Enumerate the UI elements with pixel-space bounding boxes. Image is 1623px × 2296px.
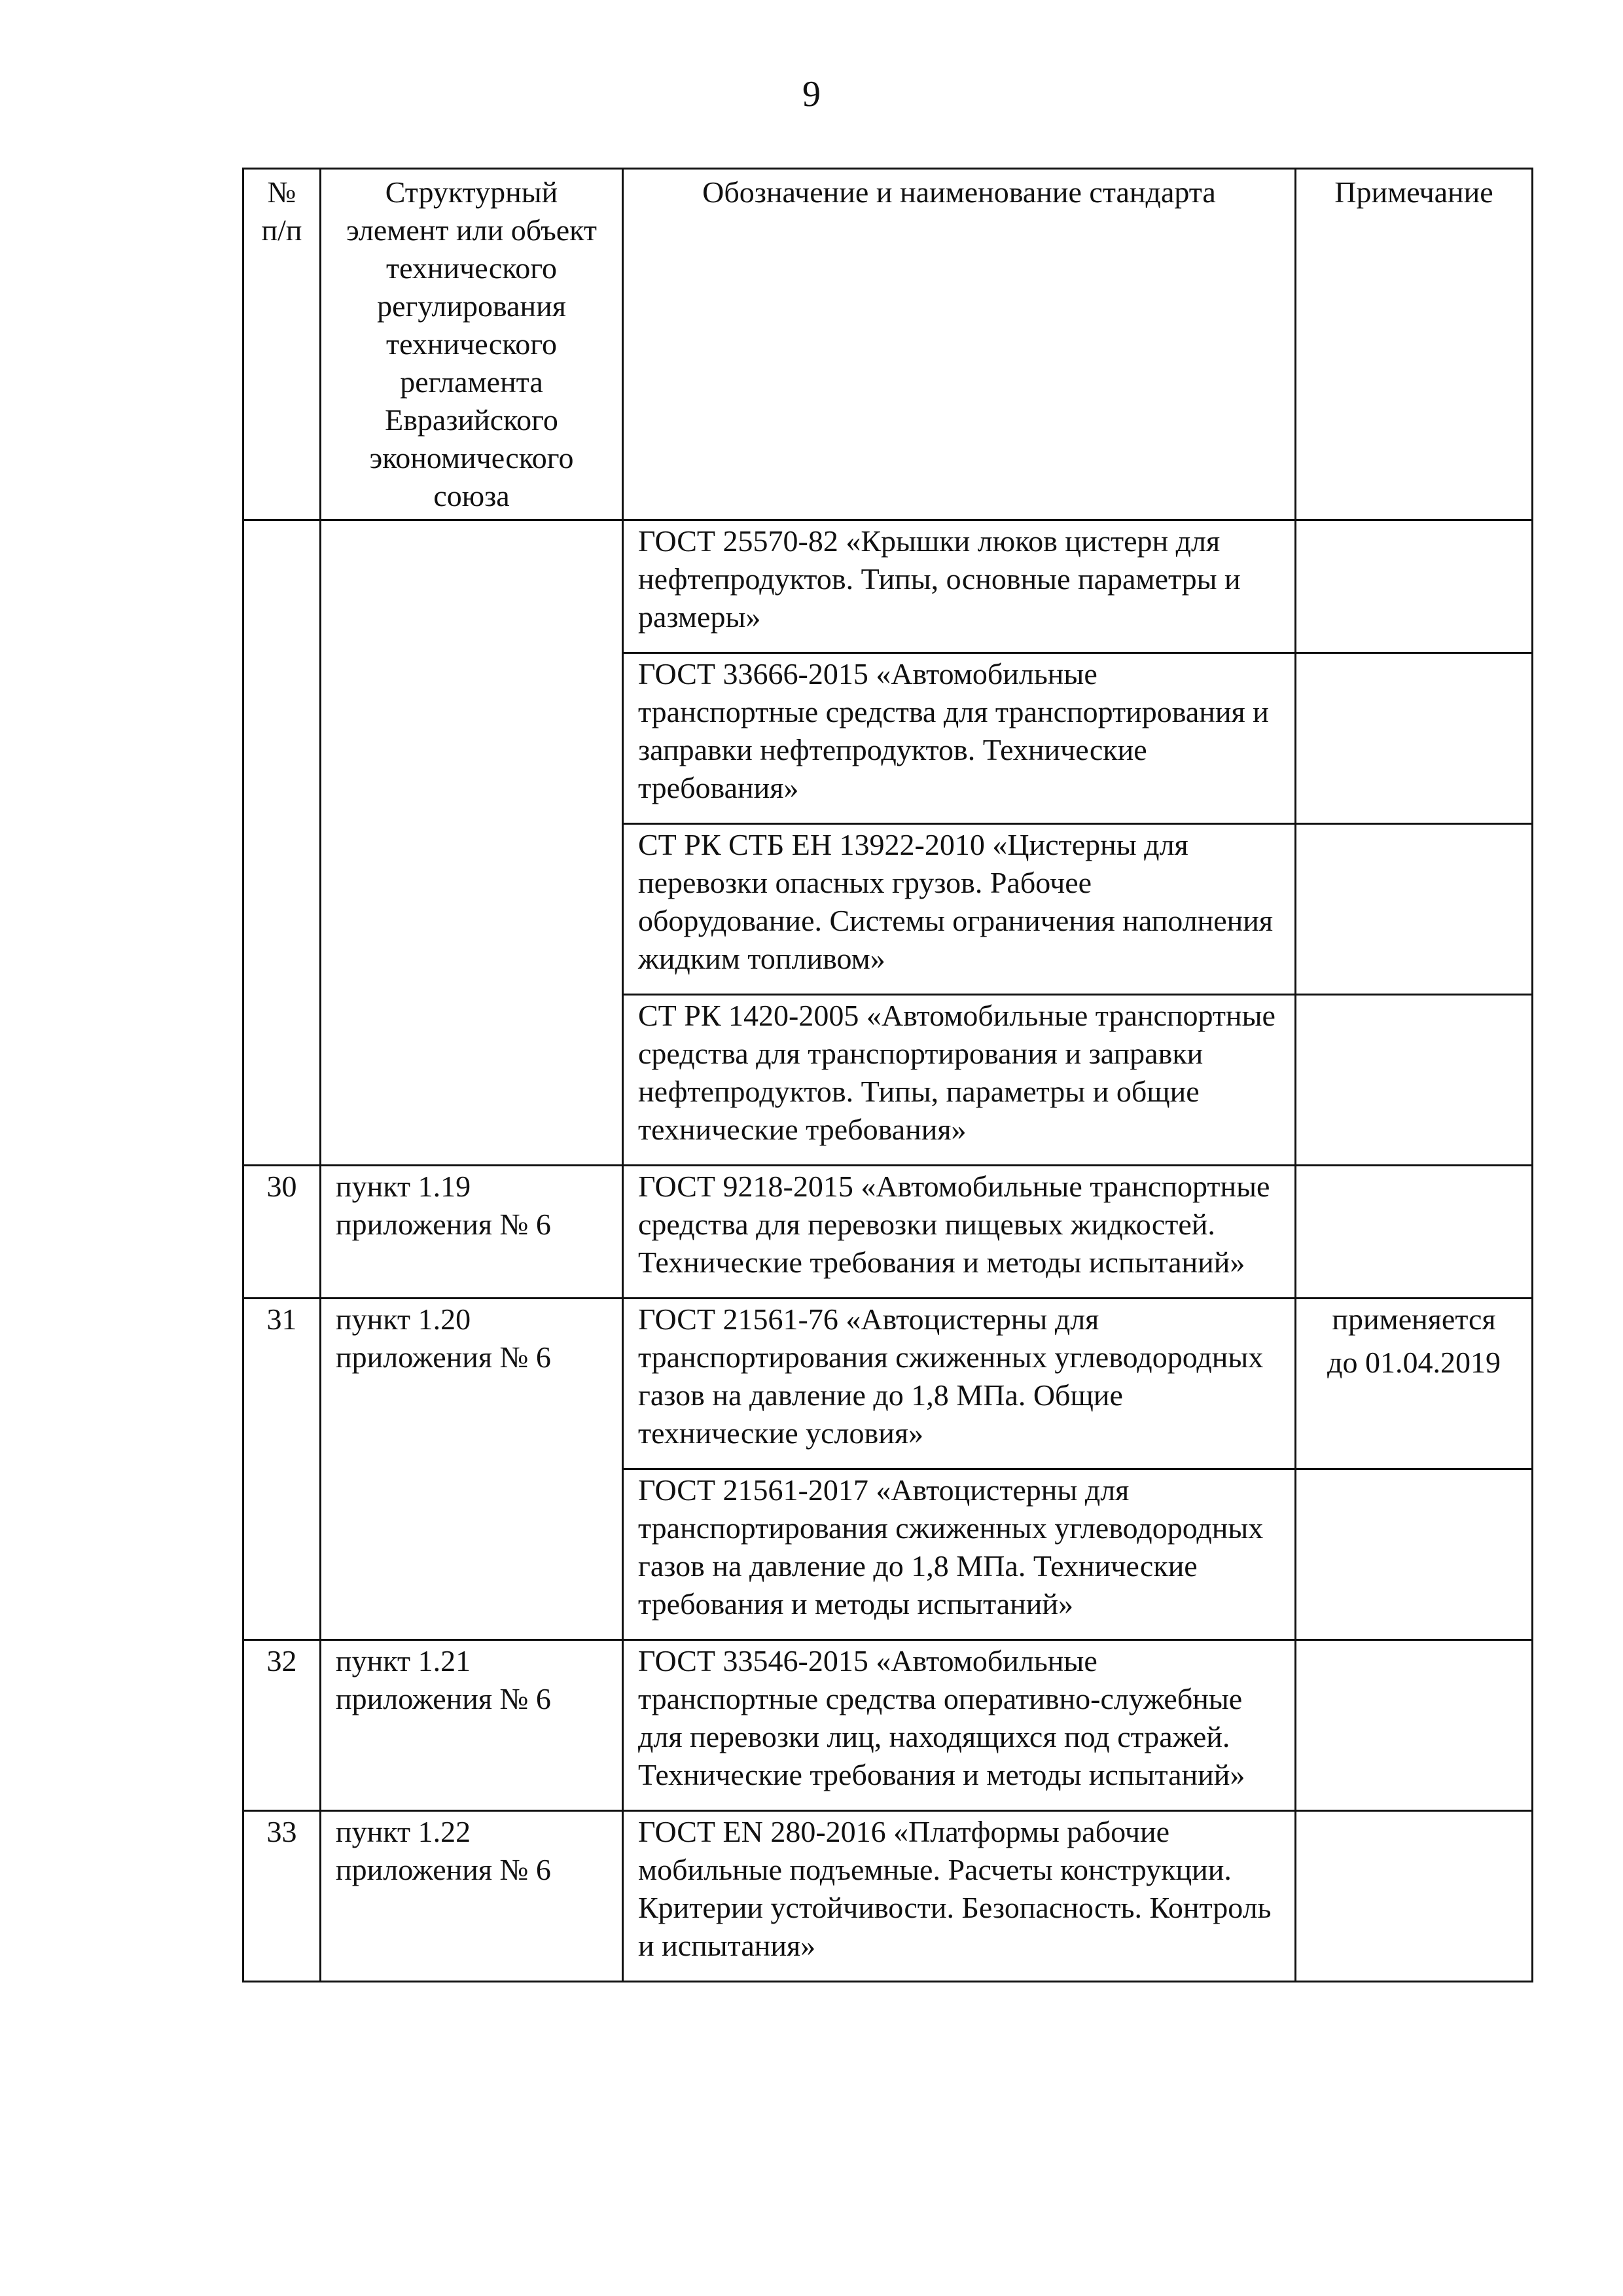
standard-cell: СТ РК 1420-2005 «Автомобильные транспорт… — [623, 995, 1296, 1166]
note-cell — [1296, 520, 1533, 653]
header-number: № п/п — [243, 169, 321, 520]
standard-cell: ГОСТ 33546-2015 «Автомобильные транспорт… — [623, 1640, 1296, 1811]
table-row: 33 пункт 1.22 приложения № 6 ГОСТ EN 280… — [243, 1811, 1533, 1982]
row-number: 31 — [243, 1299, 321, 1640]
table-row: 30 пункт 1.19 приложения № 6 ГОСТ 9218-2… — [243, 1166, 1533, 1299]
note-cell: применяется до 01.04.2019 — [1296, 1299, 1533, 1469]
row-element: пункт 1.20 приложения № 6 — [321, 1299, 623, 1640]
row-element: пункт 1.22 приложения № 6 — [321, 1811, 623, 1982]
header-element-line: регулирования — [336, 287, 607, 325]
table-row: 31 пункт 1.20 приложения № 6 ГОСТ 21561-… — [243, 1299, 1533, 1469]
header-number-line: п/п — [259, 211, 305, 249]
header-element-line: экономического — [336, 439, 607, 477]
standard-cell: ГОСТ 21561-2017 «Автоцистерны для трансп… — [623, 1469, 1296, 1640]
header-element-line: технического — [336, 249, 607, 287]
table-row: 32 пункт 1.21 приложения № 6 ГОСТ 33546-… — [243, 1640, 1533, 1811]
element-appendix: приложения № 6 — [336, 1680, 607, 1718]
note-cell — [1296, 1811, 1533, 1982]
note-cell — [1296, 1640, 1533, 1811]
note-cell — [1296, 1166, 1533, 1299]
note-applies: применяется — [1311, 1300, 1517, 1338]
element-clause: пункт 1.22 — [336, 1813, 607, 1851]
note-cell — [1296, 653, 1533, 824]
standard-cell: СТ РК СТБ ЕН 13922-2010 «Цистерны для пе… — [623, 824, 1296, 995]
row-number — [243, 520, 321, 1166]
note-cell — [1296, 1469, 1533, 1640]
element-clause: пункт 1.20 — [336, 1300, 607, 1338]
header-element-line: союза — [336, 477, 607, 515]
page-number: 9 — [0, 73, 1623, 115]
element-clause: пункт 1.19 — [336, 1168, 607, 1206]
row-number: 30 — [243, 1166, 321, 1299]
header-number-line: № — [259, 173, 305, 211]
standard-cell: ГОСТ 33666-2015 «Автомобильные транспорт… — [623, 653, 1296, 824]
note-until-date: до 01.04.2019 — [1311, 1344, 1517, 1382]
header-standard: Обозначение и наименование стандарта — [623, 169, 1296, 520]
header-element-line: элемент или объект — [336, 211, 607, 249]
standard-cell: ГОСТ 9218-2015 «Автомобильные транспортн… — [623, 1166, 1296, 1299]
header-element-line: Структурный — [336, 173, 607, 211]
standard-cell: ГОСТ EN 280-2016 «Платформы рабочие моби… — [623, 1811, 1296, 1982]
standards-table: № п/п Структурный элемент или объект тех… — [242, 168, 1533, 1982]
note-cell — [1296, 995, 1533, 1166]
standard-cell: ГОСТ 21561-76 «Автоцистерны для транспор… — [623, 1299, 1296, 1469]
row-element: пункт 1.19 приложения № 6 — [321, 1166, 623, 1299]
element-appendix: приложения № 6 — [336, 1206, 607, 1244]
element-clause: пункт 1.21 — [336, 1642, 607, 1680]
element-appendix: приложения № 6 — [336, 1851, 607, 1889]
header-structural-element: Структурный элемент или объект техническ… — [321, 169, 623, 520]
note-cell — [1296, 824, 1533, 995]
table-header-row: № п/п Структурный элемент или объект тех… — [243, 169, 1533, 520]
element-appendix: приложения № 6 — [336, 1338, 607, 1376]
header-element-line: регламента — [336, 363, 607, 401]
header-element-line: Евразийского — [336, 401, 607, 439]
row-number: 33 — [243, 1811, 321, 1982]
header-note: Примечание — [1296, 169, 1533, 520]
row-number: 32 — [243, 1640, 321, 1811]
table-row: ГОСТ 25570-82 «Крышки люков цистерн для … — [243, 520, 1533, 653]
row-element — [321, 520, 623, 1166]
standard-cell: ГОСТ 25570-82 «Крышки люков цистерн для … — [623, 520, 1296, 653]
row-element: пункт 1.21 приложения № 6 — [321, 1640, 623, 1811]
header-element-line: технического — [336, 325, 607, 363]
